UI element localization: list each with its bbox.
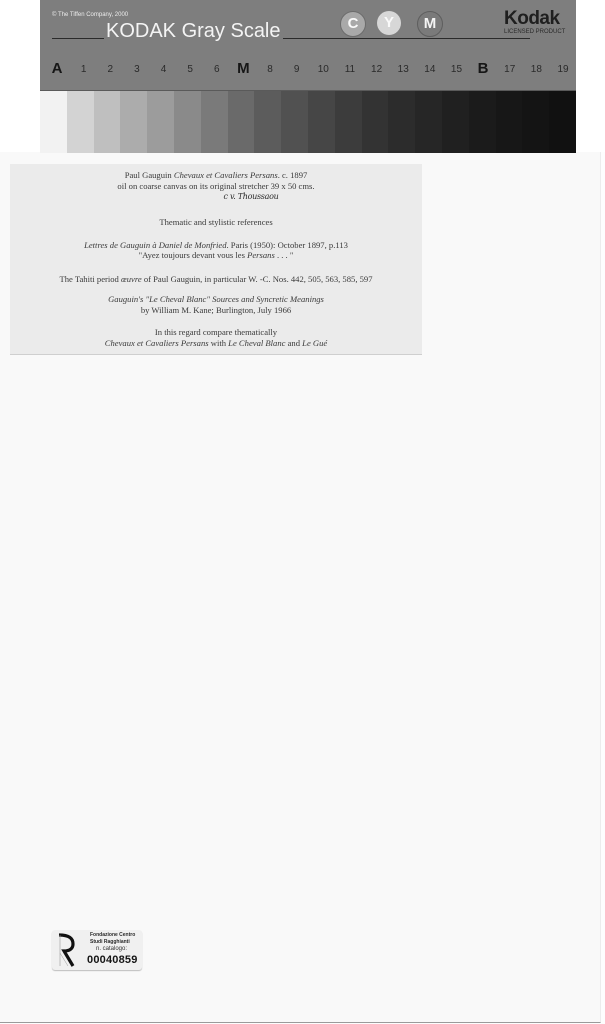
- licensed-product-text: LICENSED PRODUCT: [504, 29, 565, 35]
- gray-patch: [201, 91, 228, 153]
- gray-patch: [94, 91, 121, 153]
- kodak-gray-scale: © The Tiffen Company, 2000 KODAK Gray Sc…: [40, 0, 576, 152]
- ref2-rest: of Paul Gauguin, in particular W. -C. No…: [142, 274, 373, 284]
- compare-works: Chevaux et Cavaliers Persans with Le Che…: [10, 338, 422, 348]
- catalog-label: n. catalogo:: [96, 946, 127, 952]
- gray-patch: [496, 91, 523, 153]
- work-2: Le Cheval Blanc: [228, 338, 285, 348]
- scale-label: M: [237, 60, 250, 77]
- artwork-title: Chevaux et Cavaliers Persans: [174, 170, 278, 180]
- gray-patch: [362, 91, 389, 153]
- reference-2: The Tahiti period œuvre of Paul Gauguin,…: [10, 274, 422, 284]
- catalog-sticker: Fondazione Centro Studi Ragghianti n. ca…: [52, 930, 142, 970]
- gray-patch: [254, 91, 281, 153]
- with-text: with: [209, 338, 229, 348]
- scale-label: 2: [107, 64, 113, 75]
- gray-patch: [228, 91, 255, 153]
- gray-patch: [40, 91, 67, 153]
- gray-patch: [549, 91, 576, 153]
- scale-label: 17: [504, 64, 515, 75]
- org-name-line2: Studi Ragghianti: [90, 939, 130, 945]
- and-text: and: [285, 338, 302, 348]
- gray-patch: [174, 91, 201, 153]
- reference-3: Gauguin's "Le Cheval Blanc" Sources and …: [10, 294, 422, 304]
- scale-label: B: [478, 60, 489, 77]
- gray-patch: [335, 91, 362, 153]
- artist-name: Paul Gauguin: [125, 170, 174, 180]
- scale-label: 10: [318, 64, 329, 75]
- artwork-date: . c. 1897: [278, 170, 308, 180]
- yellow-mark-icon: Y: [377, 11, 401, 35]
- copyright-text: © The Tiffen Company, 2000: [52, 12, 128, 18]
- gray-patch: [415, 91, 442, 153]
- handwritten-note: c v. Thoussaou: [45, 192, 457, 201]
- quote-italic: Persans: [247, 250, 275, 260]
- scale-label: 1: [81, 64, 87, 75]
- artwork-title-line: Paul Gauguin Chevaux et Cavaliers Persan…: [10, 170, 422, 180]
- quote-end: . . . ": [275, 250, 294, 260]
- scale-label: A: [52, 60, 63, 77]
- gray-patch: [120, 91, 147, 153]
- references-heading: Thematic and stylistic references: [10, 217, 422, 227]
- scale-labels: A123456M89101112131415B171819: [40, 60, 576, 80]
- scale-label: 19: [557, 64, 568, 75]
- scale-label: 5: [187, 64, 193, 75]
- fondazione-logo-icon: [56, 933, 76, 967]
- ref3-title: Gauguin's "Le Cheval Blanc" Sources and …: [108, 294, 324, 304]
- gray-patch: [308, 91, 335, 153]
- gray-patch: [522, 91, 549, 153]
- kodak-logo: Kodak: [504, 8, 560, 30]
- gray-patch: [388, 91, 415, 153]
- work-3: Le Gué: [302, 338, 327, 348]
- cyan-mark-icon: C: [340, 11, 366, 37]
- gray-patch: [469, 91, 496, 153]
- compare-line: In this regard compare thematically: [10, 327, 422, 337]
- scale-label: 14: [424, 64, 435, 75]
- gray-scale-title: KODAK Gray Scale: [104, 20, 283, 43]
- ref1-detail: . Paris (1950): October 1897, p.113: [227, 240, 348, 250]
- org-name-line1: Fondazione Centro: [90, 932, 135, 938]
- scale-label: 6: [214, 64, 220, 75]
- gray-patch: [281, 91, 308, 153]
- scale-label: 4: [161, 64, 167, 75]
- magenta-mark-icon: M: [417, 11, 443, 37]
- reference-3-author: by William M. Kane; Burlington, July 196…: [10, 305, 422, 315]
- gray-patch: [442, 91, 469, 153]
- scale-label: 13: [398, 64, 409, 75]
- scale-label: 12: [371, 64, 382, 75]
- scale-label: 3: [134, 64, 140, 75]
- ref2-prefix: The Tahiti period: [59, 274, 121, 284]
- scale-label: 9: [294, 64, 300, 75]
- gray-patch: [147, 91, 174, 153]
- ref2-italic: œuvre: [121, 274, 142, 284]
- medium-line: oil on coarse canvas on its original str…: [10, 181, 422, 191]
- scale-label: 18: [531, 64, 542, 75]
- reference-1: Lettres de Gauguin à Daniel de Monfried.…: [10, 240, 422, 250]
- gray-patch: [67, 91, 94, 153]
- gray-patches: [40, 90, 576, 153]
- work-1: Chevaux et Cavaliers Persans: [105, 338, 209, 348]
- scale-label: 11: [345, 64, 355, 75]
- scale-label: 15: [451, 64, 462, 75]
- ref1-title: Lettres de Gauguin à Daniel de Monfried: [84, 240, 226, 250]
- quote-text: "Ayez toujours devant vous les: [139, 250, 247, 260]
- typed-label: Paul Gauguin Chevaux et Cavaliers Persan…: [10, 164, 422, 354]
- scale-label: 8: [267, 64, 273, 75]
- catalog-number: 00040859: [87, 954, 138, 966]
- reference-1-quote: "Ayez toujours devant vous les Persans .…: [10, 250, 422, 260]
